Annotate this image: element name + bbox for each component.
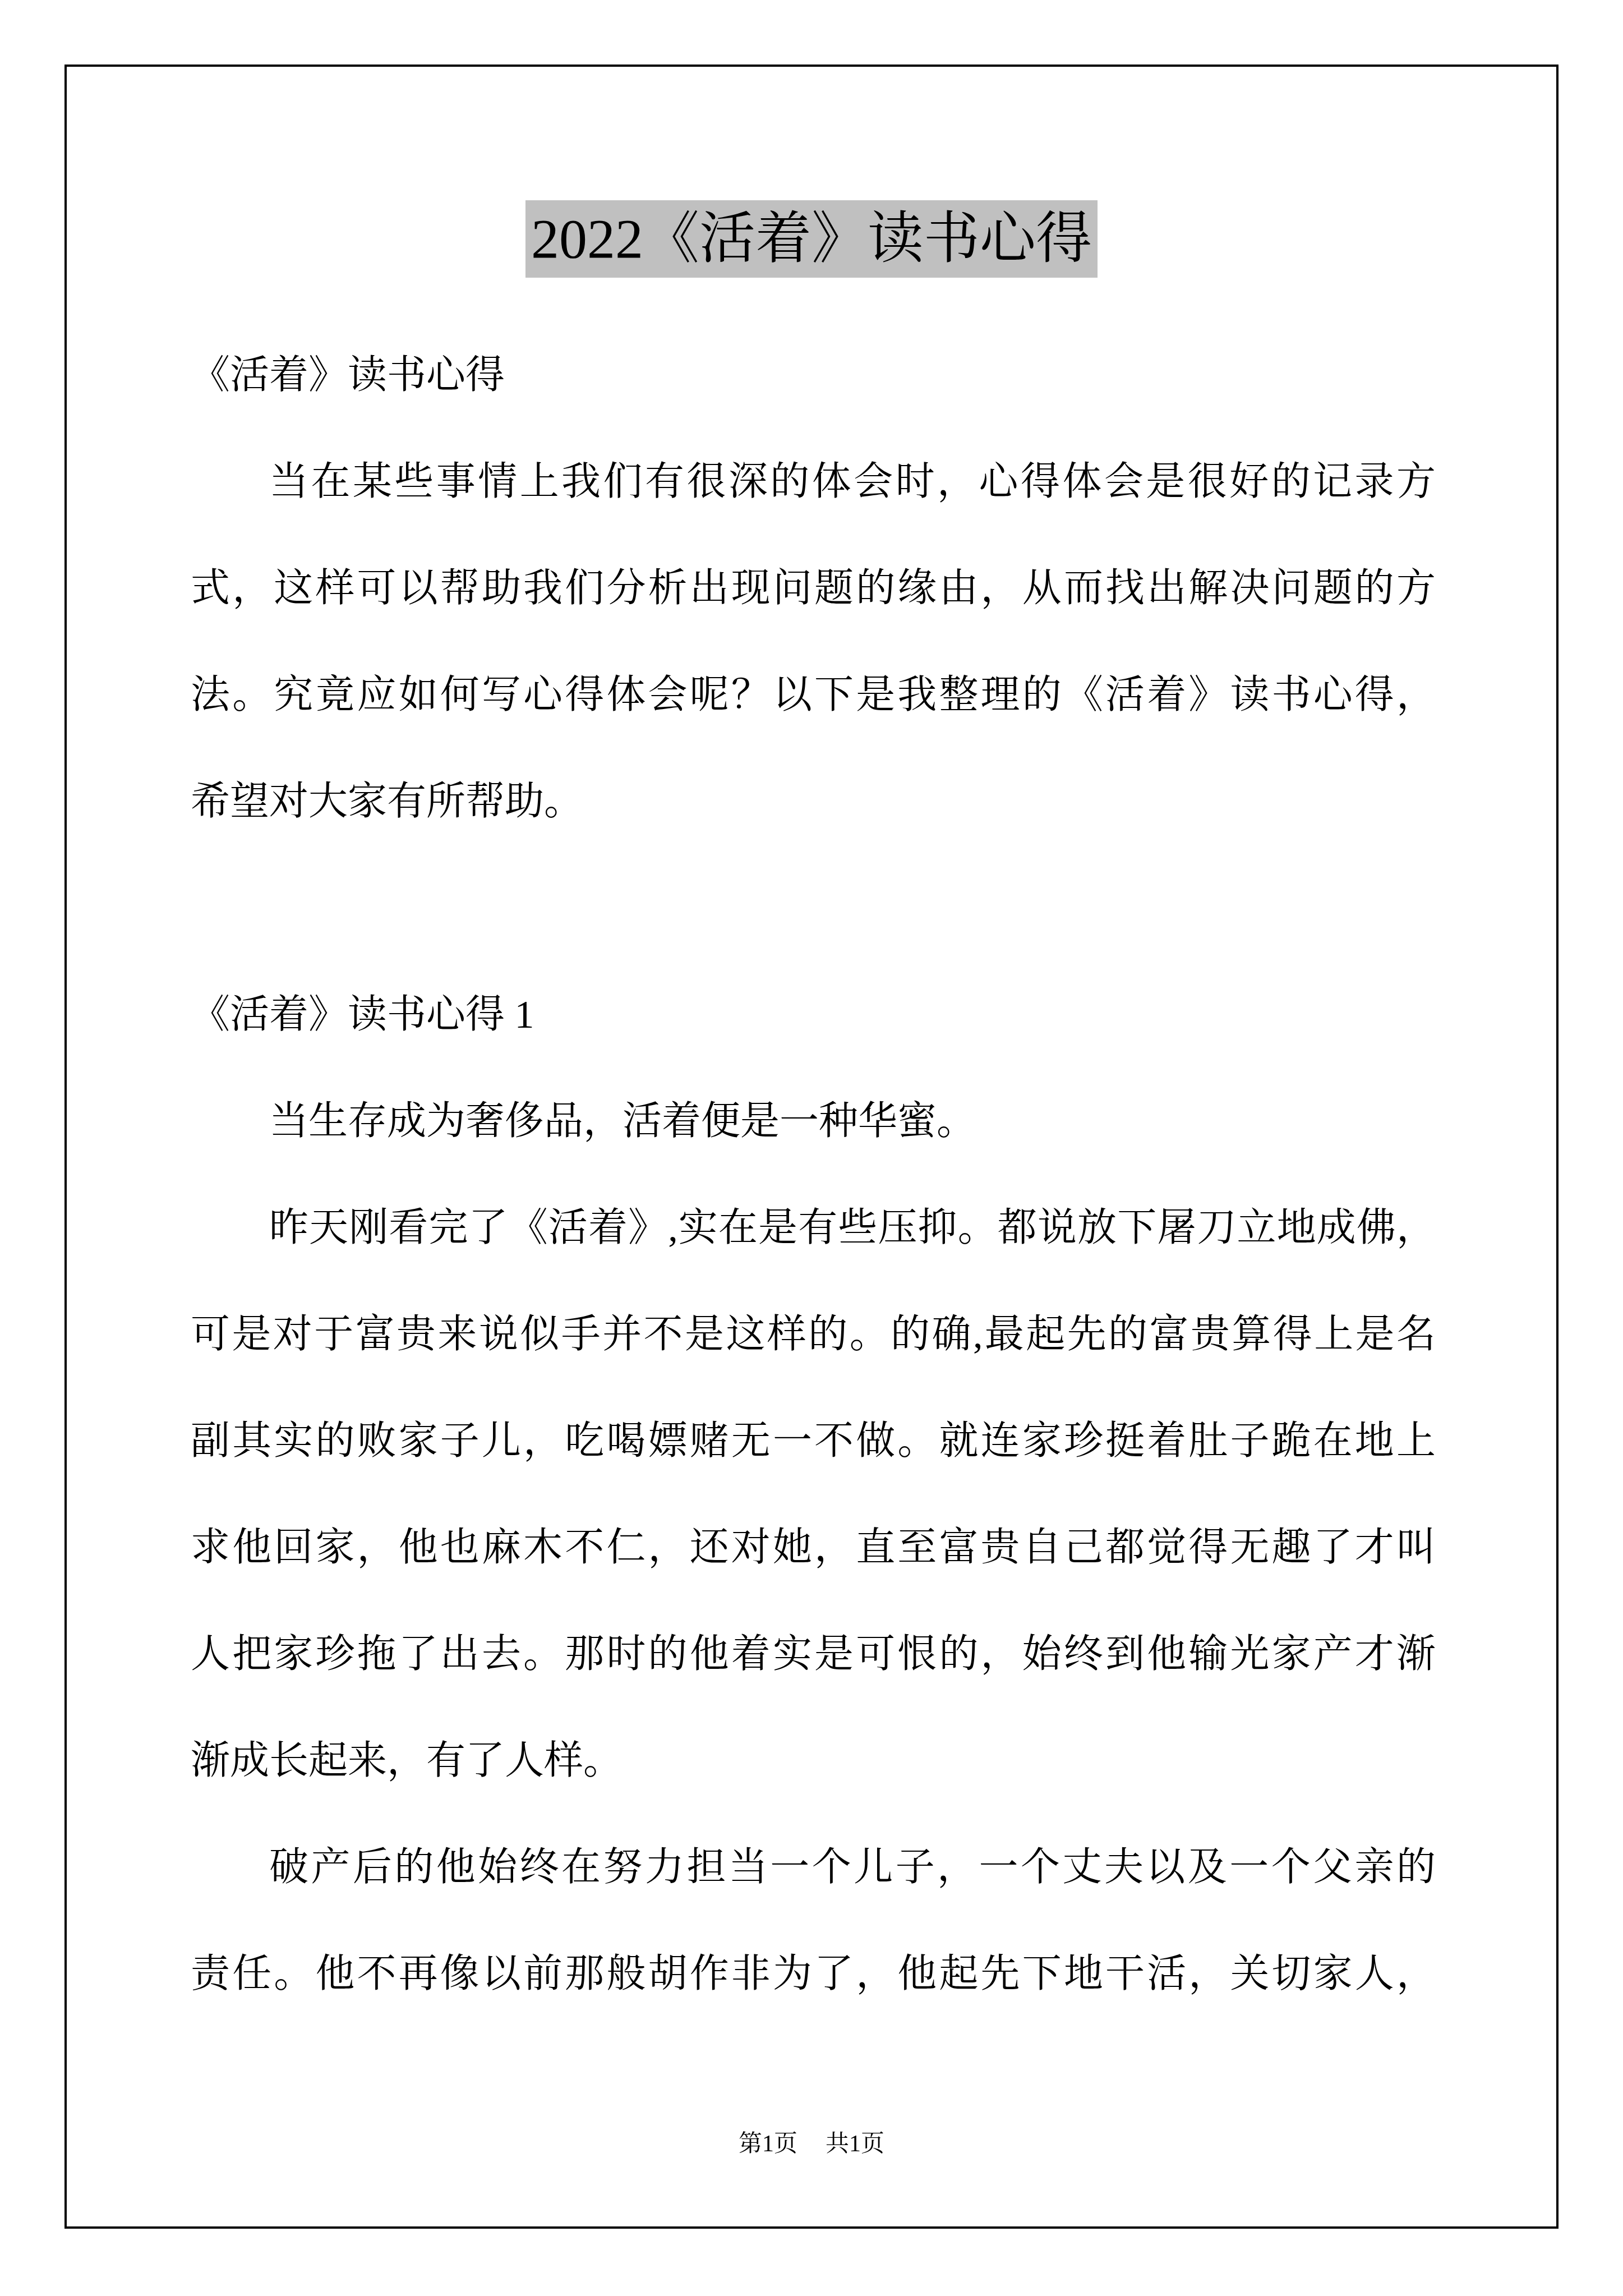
footer-page-current: 第1页 — [739, 2131, 797, 2157]
body-text-line: 可是对于富贵来说似手并不是这样的。的确,最起先的富贵算得上是名 — [191, 1282, 1436, 1388]
body-text-line: 求他回家，他也麻木不仁，还对她，直至富贵自己都觉得无趣了才叫 — [191, 1495, 1436, 1602]
title-row: 2022《活着》读书心得 — [0, 200, 1623, 278]
document-page: 2022《活着》读书心得 《活着》读书心得 当在某些事情上我们有很深的体会时，心… — [0, 0, 1623, 2296]
document-title: 2022《活着》读书心得 — [525, 200, 1098, 278]
section-heading: 《活着》读书心得 1 — [191, 962, 1436, 1069]
blank-line — [191, 855, 1436, 962]
body-text-line: 责任。他不再像以前那般胡作非为了，他起先下地干活，关切家人， — [191, 1921, 1436, 2028]
footer-page-total: 共1页 — [826, 2131, 884, 2157]
body-text-line: 人把家珍拖了出去。那时的他着实是可恨的，始终到他输光家产才渐 — [191, 1602, 1436, 1708]
body-text-line: 法。究竟应如何写心得体会呢？以下是我整理的《活着》读书心得， — [191, 642, 1436, 749]
body-text-line: 破产后的他始终在努力担当一个儿子，一个丈夫以及一个父亲的 — [191, 1815, 1436, 1921]
body-text-line: 当在某些事情上我们有很深的体会时，心得体会是很好的记录方 — [191, 429, 1436, 536]
body-text-line: 希望对大家有所帮助。 — [191, 749, 1436, 855]
page-footer: 第1页共1页 — [0, 2127, 1623, 2161]
document-body: 《活着》读书心得 当在某些事情上我们有很深的体会时，心得体会是很好的记录方 式，… — [191, 323, 1436, 2028]
body-text-line: 式，这样可以帮助我们分析出现问题的缘由，从而找出解决问题的方 — [191, 536, 1436, 642]
body-text-line: 渐成长起来，有了人样。 — [191, 1708, 1436, 1815]
body-text-line: 当生存成为奢侈品，活着便是一种华蜜。 — [191, 1069, 1436, 1175]
body-text-line: 副其实的败家子儿，吃喝嫖赌无一不做。就连家珍挺着肚子跪在地上 — [191, 1388, 1436, 1495]
doc-subtitle: 《活着》读书心得 — [191, 323, 1436, 429]
body-text-line: 昨天刚看完了《活着》,实在是有些压抑。都说放下屠刀立地成佛， — [191, 1175, 1436, 1282]
